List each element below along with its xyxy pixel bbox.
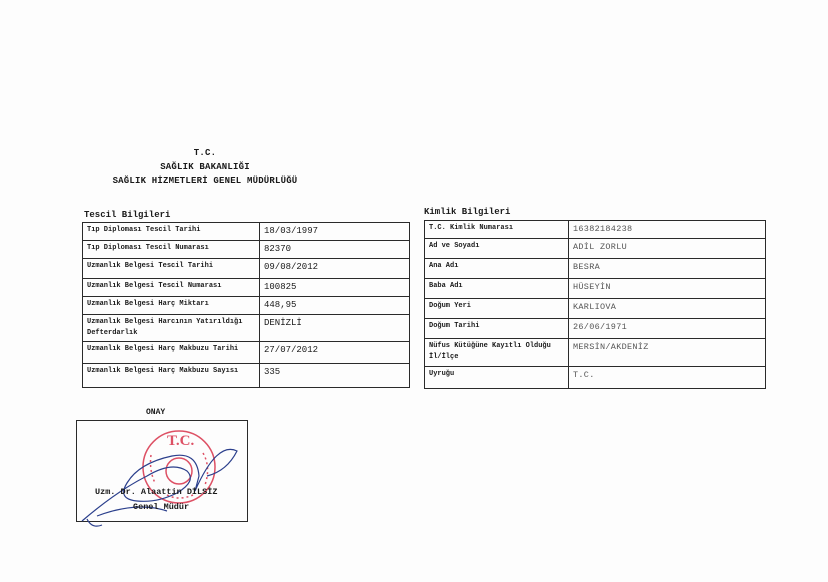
- field-value: ADİL ZORLU: [569, 239, 766, 259]
- field-label: Ad ve Soyadı: [425, 239, 569, 259]
- signer-name: Uzm. Dr. Alaattin DİLSİZ: [95, 487, 217, 497]
- field-label: Doğum Yeri: [425, 299, 569, 319]
- header-ministry: SAĞLIK BAKANLIĞI: [80, 160, 330, 174]
- table-row: Tıp Diploması Tescil Numarası82370: [83, 241, 410, 259]
- document-header: T.C. SAĞLIK BAKANLIĞI SAĞLIK HİZMETLERİ …: [80, 146, 330, 188]
- field-label: Uzmanlık Belgesi Harcının Yatırıldığı De…: [83, 315, 260, 342]
- field-value: KARLIOVA: [569, 299, 766, 319]
- field-value: MERSİN/AKDENİZ: [569, 339, 766, 367]
- field-value: HÜSEYİN: [569, 279, 766, 299]
- field-label: Baba Adı: [425, 279, 569, 299]
- field-value: 448,95: [260, 297, 410, 315]
- field-label: Uzmanlık Belgesi Harç Miktarı: [83, 297, 260, 315]
- table-row: Ana AdıBESRA: [425, 259, 766, 279]
- tescil-table: Tıp Diploması Tescil Tarihi18/03/1997Tıp…: [82, 222, 410, 388]
- field-label: Doğum Tarihi: [425, 319, 569, 339]
- field-value: 26/06/1971: [569, 319, 766, 339]
- field-value: 18/03/1997: [260, 223, 410, 241]
- table-row: T.C. Kimlik Numarası16382184238: [425, 221, 766, 239]
- table-row: Uzmanlık Belgesi Harcının Yatırıldığı De…: [83, 315, 410, 342]
- field-value: 27/07/2012: [260, 342, 410, 364]
- onay-title: ONAY: [146, 408, 165, 417]
- field-value: 16382184238: [569, 221, 766, 239]
- field-label: T.C. Kimlik Numarası: [425, 221, 569, 239]
- field-value: 100825: [260, 279, 410, 297]
- field-label: Uyruğu: [425, 367, 569, 389]
- field-value: 09/08/2012: [260, 259, 410, 279]
- field-value: 82370: [260, 241, 410, 259]
- table-row: Baba AdıHÜSEYİN: [425, 279, 766, 299]
- tescil-section-title: Tescil Bilgileri: [84, 210, 170, 220]
- table-row: Uzmanlık Belgesi Tescil Numarası100825: [83, 279, 410, 297]
- field-label: Ana Adı: [425, 259, 569, 279]
- header-tc: T.C.: [80, 146, 330, 160]
- table-row: Uzmanlık Belgesi Harç Makbuzu Tarihi27/0…: [83, 342, 410, 364]
- kimlik-section-title: Kimlik Bilgileri: [424, 207, 510, 217]
- signature-icon: [77, 421, 247, 531]
- table-row: Ad ve SoyadıADİL ZORLU: [425, 239, 766, 259]
- table-row: Doğum Tarihi26/06/1971: [425, 319, 766, 339]
- field-value: 335: [260, 364, 410, 388]
- field-label: Uzmanlık Belgesi Tescil Tarihi: [83, 259, 260, 279]
- table-row: Uzmanlık Belgesi Harç Miktarı448,95: [83, 297, 410, 315]
- field-value: DENİZLİ: [260, 315, 410, 342]
- table-row: Uzmanlık Belgesi Harç Makbuzu Sayısı335: [83, 364, 410, 388]
- field-label: Tıp Diploması Tescil Numarası: [83, 241, 260, 259]
- signer-title: Genel Müdür: [133, 502, 189, 512]
- field-value: BESRA: [569, 259, 766, 279]
- table-row: UyruğuT.C.: [425, 367, 766, 389]
- kimlik-table: T.C. Kimlik Numarası16382184238Ad ve Soy…: [424, 220, 766, 389]
- header-directorate: SAĞLIK HİZMETLERİ GENEL MÜDÜRLÜĞÜ: [80, 174, 330, 188]
- field-label: Uzmanlık Belgesi Harç Makbuzu Tarihi: [83, 342, 260, 364]
- approval-box: T.C. Uzm. Dr. Alaattin DİLSİZ Genel Müdü…: [76, 420, 248, 522]
- table-row: Doğum YeriKARLIOVA: [425, 299, 766, 319]
- table-row: Uzmanlık Belgesi Tescil Tarihi09/08/2012: [83, 259, 410, 279]
- table-row: Tıp Diploması Tescil Tarihi18/03/1997: [83, 223, 410, 241]
- field-value: T.C.: [569, 367, 766, 389]
- field-label: Uzmanlık Belgesi Tescil Numarası: [83, 279, 260, 297]
- field-label: Tıp Diploması Tescil Tarihi: [83, 223, 260, 241]
- table-row: Nüfus Kütüğüne Kayıtlı Olduğu İl/İlçeMER…: [425, 339, 766, 367]
- field-label: Nüfus Kütüğüne Kayıtlı Olduğu İl/İlçe: [425, 339, 569, 367]
- field-label: Uzmanlık Belgesi Harç Makbuzu Sayısı: [83, 364, 260, 388]
